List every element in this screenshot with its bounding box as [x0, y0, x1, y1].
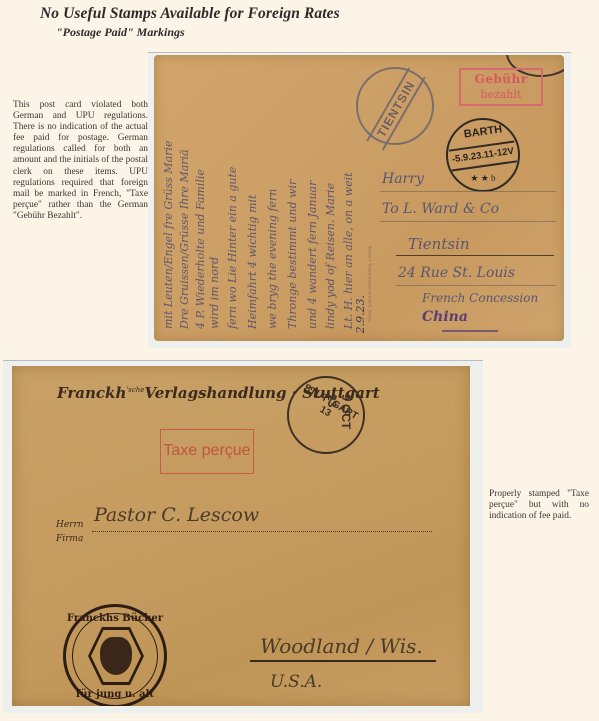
postcard-message-line: lindy yod of Reisen. Marie [324, 67, 338, 329]
note-postcard: This post card violated both German and … [13, 100, 148, 222]
recipient-country: U.S.A. [270, 672, 322, 692]
postcard-message-line: we bryg the evening fern [266, 67, 280, 329]
address-street: 24 Rue St. Louis [398, 265, 515, 281]
page-title: No Useful Stamps Available for Foreign R… [40, 5, 340, 23]
postcard-message-line: 4 P. Wiederholte und Familie [194, 67, 208, 329]
page-subtitle: "Postage Paid" Markings [56, 25, 185, 40]
postcard-message-line: wird im nord [208, 67, 222, 329]
address-name: Harry [382, 171, 424, 187]
barth-postmark-city: BARTH [448, 121, 519, 143]
gebuhr-line2: bezahlt [461, 87, 541, 102]
postcard-message-line: Dre Gruissen/Grüsse Ihre Mariä [178, 67, 192, 329]
seal-bottom-text: für jung u. alt [66, 689, 164, 700]
stuttgart-postmark-date: 9 OCT 23 [325, 394, 353, 442]
address-country: China [422, 309, 468, 325]
postcard-message-line: und 4 wandert fern Januar [306, 67, 320, 329]
address-concession: French Concession [422, 291, 538, 305]
gebuhr-bezahlt-stamp: Gebühr bezahlt [459, 68, 543, 106]
tientsin-postmark-city: TIENTSIN [366, 68, 425, 151]
envelope-image: Franckh'scheVerlagshandlung · Stuttgart … [12, 366, 470, 706]
label-firma: Firma [56, 534, 83, 544]
postcard-image: mit Leuten/Engel fre Grüss Marie Dre Gru… [154, 55, 564, 341]
postcard-message-line: mit Leuten/Engel fre Grüss Marie [162, 67, 176, 329]
publisher-seal: Franckhs Bücher für jung u. alt [63, 604, 167, 706]
postcard-message-line: fern wo Lie Hinter ein a gute [226, 67, 240, 329]
note-envelope: Properly stamped "Taxe perçue" but with … [489, 489, 589, 522]
postcard-date: 2.9.23. [354, 295, 367, 333]
tientsin-postmark: TIENTSIN [356, 67, 434, 145]
postcard-message-line: Heimfahrt 4 wichtig mit [246, 67, 260, 329]
recipient-city: Woodland / Wis. [260, 634, 423, 658]
wolf-head-icon [100, 637, 132, 675]
address-city: Tientsin [408, 235, 470, 253]
label-herrn: Herrn [56, 520, 84, 530]
stuttgart-postmark: STUTTGART 13 9 OCT 23 [287, 376, 365, 454]
taxe-percue-stamp: Taxe perçue [160, 429, 254, 474]
barth-postmark-date: -5.9.23.11-12V [449, 141, 517, 172]
barth-postmark-stars: ★ ★ b [448, 173, 518, 184]
gebuhr-line1: Gebühr [461, 72, 541, 87]
recipient-name: Pastor C. Lescow [94, 504, 259, 526]
seal-top-text: Franckhs Bücher [66, 613, 164, 624]
postcard-message-line: Lt. H. hier an alle, on a weit [342, 67, 356, 329]
postcard-message-line: Thronge bestimmt und wir [286, 67, 300, 329]
address-company: To L. Ward & Co [382, 201, 499, 217]
barth-postmark: BARTH -5.9.23.11-12V ★ ★ b [446, 118, 520, 192]
